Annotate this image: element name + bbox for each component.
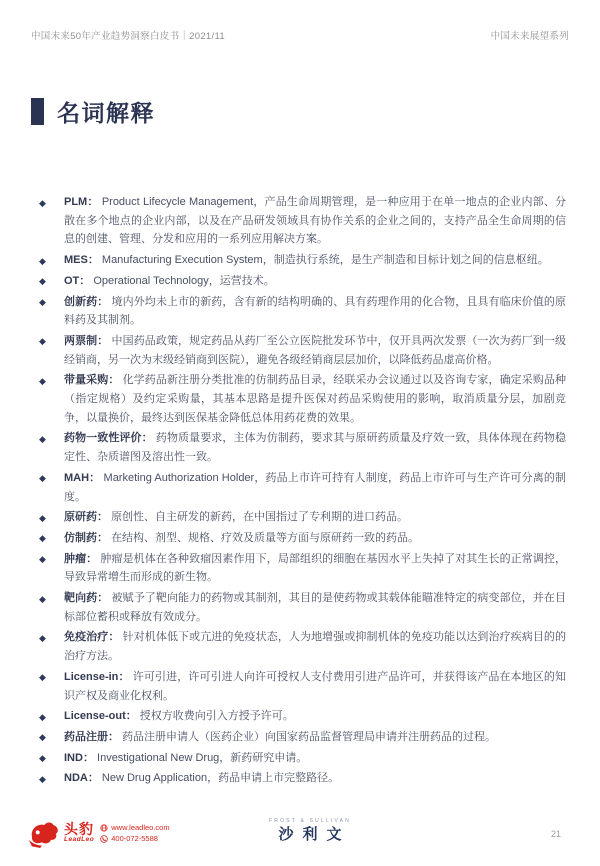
glossary-item: ◆ 仿制药： 在结构、剂型、规格、疗效及质量等方面与原研药一致的药品。 <box>38 529 566 548</box>
leadleo-logo-block: 头豹 LeadLeo www.leadleo.com 400-072-5588 <box>27 820 170 848</box>
leadleo-name: 头豹 LeadLeo <box>64 820 94 844</box>
header-right-series: 中国未来展望系列 <box>491 28 569 42</box>
glossary-definition: 针对机体低下或亢进的免疫状态，人为地增强或抑制机体的免疫功能以达到治疗疾病目的的… <box>64 631 566 662</box>
diamond-bullet-icon: ◆ <box>39 372 46 391</box>
glossary-item: ◆ 创新药： 境内外均未上市的新药，含有新的结构明确的、具有药理作用的化合物，且… <box>38 293 566 330</box>
leadleo-leopard-icon <box>27 820 60 848</box>
diamond-bullet-icon: ◆ <box>39 629 46 648</box>
glossary-term: 仿制药： <box>64 532 108 544</box>
page-title: 名词解释 <box>57 95 155 128</box>
glossary-term: 两票制： <box>64 335 108 347</box>
diamond-bullet-icon: ◆ <box>39 469 46 488</box>
glossary-definition: New Drug Application，药品申请上市完整路径。 <box>102 772 339 784</box>
diamond-bullet-icon: ◆ <box>39 668 46 687</box>
phone-line: 400-072-5588 <box>100 833 169 844</box>
diamond-bullet-icon: ◆ <box>39 332 46 351</box>
glossary-definition: Product Lifecycle Management，产品生命周期管理，是一… <box>64 196 566 245</box>
diamond-bullet-icon: ◆ <box>39 590 46 609</box>
glossary-term: 药品注册： <box>64 731 119 743</box>
glossary-definition: 授权方收费向引入方授予许可。 <box>140 710 294 722</box>
leadleo-name-en: LeadLeo <box>64 836 94 844</box>
glossary-item: ◆ MAH： Marketing Authorization Holder，药品… <box>38 469 566 506</box>
glossary-item: ◆ 肿瘤： 肿瘤是机体在各种致瘤因素作用下，局部组织的细胞在基因水平上失掉了对其… <box>38 550 566 587</box>
glossary-definition: 肿瘤是机体在各种致瘤因素作用下，局部组织的细胞在基因水平上失掉了对其生长的正常调… <box>64 553 566 584</box>
glossary-item: ◆ 带量采购： 化学药品新注册分类批准的仿制药品目录，经联采办会议通过以及咨询专… <box>38 371 566 427</box>
glossary-definition: 化学药品新注册分类批准的仿制药品目录，经联采办会议通过以及咨询专家，确定采购品种… <box>64 374 566 423</box>
document-page: 中国未来50年产业趋势洞察白皮书｜2021/11 中国未来展望系列 名词解释 ◆… <box>0 0 600 866</box>
glossary-definition: 境内外均未上市的新药，含有新的结构明确的、具有药理作用的化合物，且具有临床价值的… <box>64 296 566 327</box>
glossary-term: License-in： <box>64 671 130 683</box>
glossary-term: 带量采购： <box>64 374 119 386</box>
phone-icon <box>100 835 108 843</box>
glossary-item: ◆ 药物一致性评价： 药物质量要求，主体为仿制药，要求其与原研药质量及疗效一致，… <box>38 429 566 466</box>
glossary-term: 药物一致性评价： <box>64 432 153 444</box>
diamond-bullet-icon: ◆ <box>39 550 46 569</box>
section-title-row: 名词解释 <box>31 95 155 128</box>
glossary-definition: 在结构、剂型、规格、疗效及质量等方面与原研药一致的药品。 <box>111 532 419 544</box>
glossary-term: PLM： <box>64 196 99 208</box>
glossary-term: OT： <box>64 275 90 287</box>
sullivan-logo-block: FROST & SULLIVAN 沙利文 <box>230 817 390 845</box>
diamond-bullet-icon: ◆ <box>39 728 46 747</box>
website-text: www.leadleo.com <box>111 822 169 833</box>
glossary-item: ◆ 免疫治疗： 针对机体低下或亢进的免疫状态，人为地增强或抑制机体的免疫功能以达… <box>38 628 566 665</box>
diamond-bullet-icon: ◆ <box>39 194 46 213</box>
glossary-definition: Operational Technology，运营技术。 <box>93 275 274 287</box>
glossary-definition: 被赋予了靶向能力的药物或其制剂，其目的是使药物或其载体能瞄准特定的病变部位，并在… <box>64 592 566 623</box>
glossary-item: ◆ License-out： 授权方收费向引入方授予许可。 <box>38 707 566 726</box>
glossary-term: 靶向药： <box>64 592 108 604</box>
glossary-item: ◆ PLM： Product Lifecycle Management，产品生命… <box>38 193 566 249</box>
glossary-term: License-out： <box>64 710 137 722</box>
diamond-bullet-icon: ◆ <box>39 272 46 291</box>
glossary-term: MAH： <box>64 472 100 484</box>
glossary-list: ◆ PLM： Product Lifecycle Management，产品生命… <box>38 193 566 790</box>
glossary-term: IND： <box>64 752 94 764</box>
glossary-term: NDA： <box>64 772 99 784</box>
glossary-item: ◆ OT： Operational Technology，运营技术。 <box>38 272 566 291</box>
header-left-title: 中国未来50年产业趋势洞察白皮书｜2021/11 <box>31 28 225 42</box>
glossary-term: 创新药： <box>64 296 108 308</box>
diamond-bullet-icon: ◆ <box>39 749 46 768</box>
diamond-bullet-icon: ◆ <box>39 529 46 548</box>
diamond-bullet-icon: ◆ <box>39 708 46 727</box>
leadleo-name-cn: 头豹 <box>64 822 94 836</box>
glossary-definition: Investigational New Drug，新药研究申请。 <box>97 752 307 764</box>
sullivan-name-cn: 沙利文 <box>239 825 390 845</box>
sullivan-name-en: FROST & SULLIVAN <box>230 817 390 825</box>
glossary-definition: Marketing Authorization Holder，药品上市许可持有人… <box>64 472 566 503</box>
diamond-bullet-icon: ◆ <box>39 252 46 271</box>
glossary-item: ◆ MES： Manufacturing Execution System，制造… <box>38 251 566 270</box>
glossary-item: ◆ IND： Investigational New Drug，新药研究申请。 <box>38 749 566 768</box>
phone-text: 400-072-5588 <box>111 833 158 844</box>
page-header: 中国未来50年产业趋势洞察白皮书｜2021/11 中国未来展望系列 <box>31 28 569 42</box>
glossary-item: ◆ NDA： New Drug Application，药品申请上市完整路径。 <box>38 769 566 788</box>
page-number: 21 <box>551 829 561 839</box>
diamond-bullet-icon: ◆ <box>39 430 46 449</box>
glossary-term: 免疫治疗： <box>64 631 119 643</box>
glossary-item: ◆ 药品注册： 药品注册申请人（医药企业）向国家药品监督管理局申请并注册药品的过… <box>38 728 566 747</box>
glossary-item: ◆ 两票制： 中国药品政策，规定药品从药厂至公立医院批发环节中，仅开具两次发票（… <box>38 332 566 369</box>
glossary-definition: 药品注册申请人（医药企业）向国家药品监督管理局申请并注册药品的过程。 <box>122 731 496 743</box>
globe-icon <box>100 824 108 832</box>
diamond-bullet-icon: ◆ <box>39 770 46 789</box>
glossary-term: MES： <box>64 254 99 266</box>
diamond-bullet-icon: ◆ <box>39 293 46 312</box>
glossary-definition: 中国药品政策，规定药品从药厂至公立医院批发环节中，仅开具两次发票（一次为药厂到一… <box>64 335 566 366</box>
glossary-definition: 许可引进，许可引进人向许可授权人支付费用引进产品许可，并获得该产品在本地区的知识… <box>64 671 566 702</box>
glossary-term: 原研药： <box>64 511 108 523</box>
website-line: www.leadleo.com <box>100 822 169 833</box>
glossary-item: ◆ 靶向药： 被赋予了靶向能力的药物或其制剂，其目的是使药物或其载体能瞄准特定的… <box>38 589 566 626</box>
diamond-bullet-icon: ◆ <box>39 509 46 528</box>
glossary-definition: Manufacturing Execution System，制造执行系统，是生… <box>102 254 549 266</box>
glossary-item: ◆ License-in： 许可引进，许可引进人向许可授权人支付费用引进产品许可… <box>38 668 566 705</box>
leadleo-contact: www.leadleo.com 400-072-5588 <box>100 820 169 844</box>
glossary-item: ◆ 原研药： 原创性、自主研发的新药，在中国指过了专利期的进口药品。 <box>38 508 566 527</box>
glossary-definition: 原创性、自主研发的新药，在中国指过了专利期的进口药品。 <box>111 511 408 523</box>
title-accent-bar <box>31 98 44 125</box>
glossary-term: 肿瘤： <box>64 553 97 565</box>
